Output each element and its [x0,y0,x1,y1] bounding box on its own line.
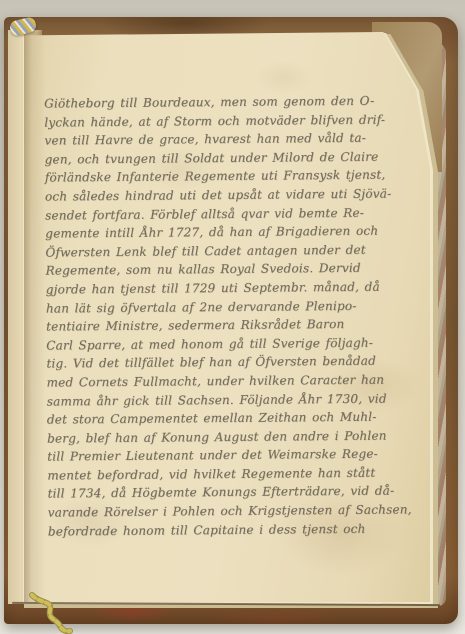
manuscript-line: Giötheborg till Bourdeaux, men som genom… [44,91,400,113]
manuscript-line: gjorde han tjenst till 1729 uti Septembr… [46,277,402,299]
manuscript-line: befordrade honom till Capitaine i dess t… [48,519,404,541]
manuscript-line: och således hindrad uti det upsåt at vid… [45,184,401,206]
photo-of-manuscript: { "photo": { "kind": "open antique book … [0,0,465,634]
manuscript-line: han lät sig öfvertala af 2ne dervarande … [46,296,402,318]
gutter-shadow [24,32,46,602]
headband-cord-bottom-icon [26,592,86,634]
manuscript-line: med Cornets Fullmacht, under hvilken Car… [46,370,402,392]
photo-background: Giötheborg till Bourdeaux, men som genom… [0,0,465,634]
handwritten-text-block: Giötheborg till Bourdeaux, men som genom… [44,91,404,540]
